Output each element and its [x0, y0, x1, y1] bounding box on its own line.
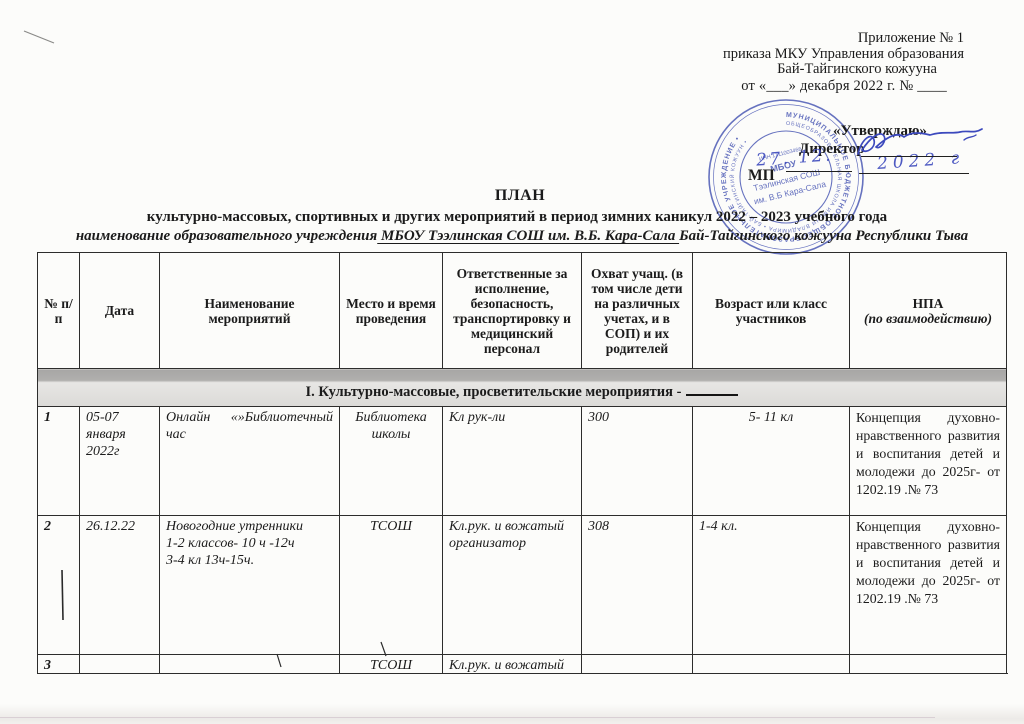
institution-suffix: Бай-Тайгинского кожууна Республики Тыва: [679, 228, 968, 244]
row2-place: ТСОШ: [340, 516, 443, 655]
row3-coverage: [582, 655, 693, 675]
row2-num: 2: [38, 516, 80, 655]
row3-responsible: Кл.рук. и вожатый: [443, 655, 582, 675]
table-header-row: № п/п Дата Наименование мероприятий Мест…: [38, 253, 1007, 369]
signature-underline-2b: [859, 173, 969, 174]
header-responsible: Ответственные за исполнение, безопасност…: [443, 253, 582, 369]
row3-num: 3: [38, 655, 80, 675]
row1-place: Библиотека школы: [340, 407, 443, 516]
mp-label: МП: [748, 167, 775, 185]
header-npa: НПА (по взаимодействию): [850, 253, 1007, 369]
row2-responsible: Кл.рук. и вожатый организатор: [443, 516, 582, 655]
row2-name: Новогодние утренники 1-2 классов- 10 ч -…: [160, 516, 340, 655]
row3-npa: [850, 655, 1007, 675]
row3-place: ТСОШ: [340, 655, 443, 675]
signature-underline-2a: [786, 171, 852, 172]
institution-prefix: наименование образовательного учреждения: [76, 228, 377, 244]
header-name: Наименование мероприятий: [160, 253, 340, 369]
row2-npa: Концепция духовно-нравственного развития…: [850, 516, 1007, 655]
section-title: I. Культурно-массовые, просветительские …: [306, 384, 682, 400]
row1-npa: Концепция духовно-нравственного развития…: [850, 407, 1007, 516]
document-subtitle: культурно-массовых, спортивных и других …: [5, 209, 1024, 226]
row1-name: Онлайн «»Библиотечный час: [160, 407, 340, 516]
table-row: 1 05-07 января 2022г Онлайн «»Библиотечн…: [38, 407, 1007, 516]
scanned-document-page: Приложение № 1 приказа МКУ Управления об…: [0, 0, 1024, 724]
section-row: I. Культурно-массовые, просветительские …: [38, 369, 1007, 407]
events-plan-table: № п/п Дата Наименование мероприятий Мест…: [37, 252, 1008, 674]
document-title: ПЛАН: [8, 187, 1024, 205]
row3-date: [80, 655, 160, 675]
header-place: Место и время проведения: [340, 253, 443, 369]
appendix-line-3: Бай-Тайгинского кожууна: [723, 62, 964, 78]
institution-name: МБОУ Тээлинская СОШ им. В.Б. Кара-Сала: [377, 228, 679, 244]
row2-coverage: 308: [582, 516, 693, 655]
header-coverage: Охват учащ. (в том числе дети на различн…: [582, 253, 693, 369]
header-npa-line1: НПА: [913, 296, 944, 311]
pencil-mark-top-left: [24, 31, 54, 43]
appendix-line-2: приказа МКУ Управления образования: [723, 47, 964, 63]
scan-bottom-shadow: [0, 704, 1024, 724]
scan-bottom-edge-line: [0, 717, 935, 718]
row3-name: [160, 655, 340, 675]
section-cell: I. Культурно-массовые, просветительские …: [38, 369, 1007, 407]
header-npa-line2: (по взаимодействию): [864, 311, 992, 326]
row1-num: 1: [38, 407, 80, 516]
row1-coverage: 300: [582, 407, 693, 516]
row1-responsible: Кл рук-ли: [443, 407, 582, 516]
row1-date: 05-07 января 2022г: [80, 407, 160, 516]
header-num: № п/п: [38, 253, 80, 369]
appendix-line-1: Приложение № 1: [723, 31, 964, 47]
table-row: 3 ТСОШ Кл.рук. и вожатый: [38, 655, 1007, 675]
table-row: 2 26.12.22 Новогодние утренники 1-2 клас…: [38, 516, 1007, 655]
row3-age: [693, 655, 850, 675]
signature-underline-1: [861, 156, 957, 157]
header-age: Возраст или класс участников: [693, 253, 850, 369]
row1-age: 5- 11 кл: [693, 407, 850, 516]
institution-line: наименование образовательного учреждения…: [0, 228, 1024, 245]
row2-date: 26.12.22: [80, 516, 160, 655]
row2-age: 1-4 кл.: [693, 516, 850, 655]
header-date: Дата: [80, 253, 160, 369]
appendix-block: Приложение № 1 приказа МКУ Управления об…: [723, 31, 964, 94]
section-blank-underline: [686, 380, 738, 396]
